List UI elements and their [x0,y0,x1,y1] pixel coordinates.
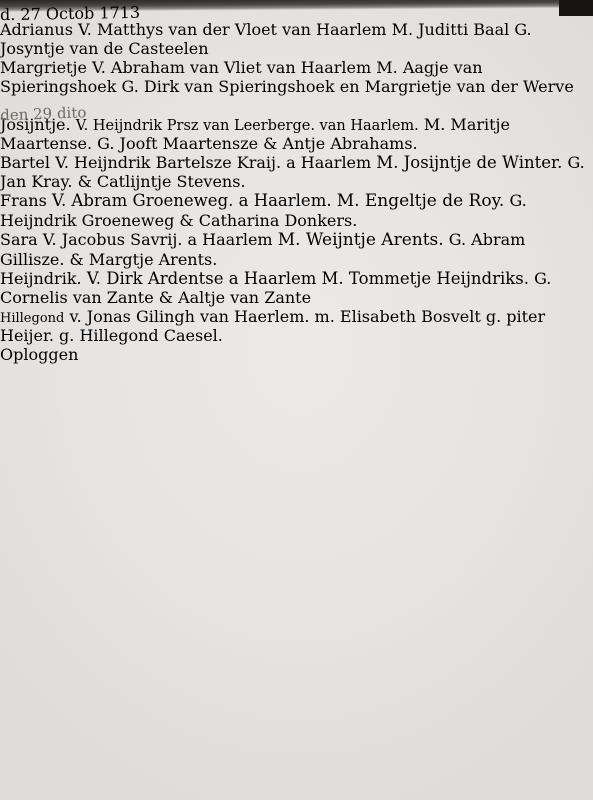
manuscript-page: d. 27 Octob 1713 Adrianus V. Matthys van… [0,0,593,800]
mother-line: M. Weijntje Arents. [278,230,444,250]
father-line: V. Heijndrik Prsz van Leerberge. van Haa… [76,118,419,134]
baptism-entry: Sara V. Jacobus Savrij. a Haarlem M. Wei… [0,230,593,269]
baptism-entry: Frans V. Abram Groeneweg. a Haarlem. M. … [0,191,593,230]
oploggen-label[interactable]: Oploggen [0,345,593,364]
father-line: V. Matthys van der Vloet van Haarlem [78,20,386,39]
father-line: V. Abraham van Vliet van Haarlem [92,58,371,77]
baptism-entry: Heijndrik. V. Dirk Ardentse a Haarlem M.… [0,269,593,307]
father-line: V. Heijndrik Bartelsze Kraij. a Haarlem [55,153,371,172]
mother-line: M. Juditti Baal [392,20,510,39]
mother-line: m. Elisabeth Bosvelt [315,307,481,326]
mother-line: M. Tommetje Heijndriks. [322,269,529,288]
mother-line: M. Engeltje de Roy. [337,191,505,211]
baptism-entry: Adrianus V. Matthys van der Vloet van Ha… [0,20,593,58]
father-line: v. Jonas Gilingh van Haerlem. [69,307,309,326]
witness-line: G. Jooft Maartensze & Antje Abrahams. [97,134,417,153]
baptism-entry: Bartel V. Heijndrik Bartelsze Kraij. a H… [0,153,593,191]
baptism-entry: Hillegond v. Jonas Gilingh van Haerlem. … [0,307,593,345]
father-line: V. Dirk Ardentse a Haarlem [87,269,317,288]
father-line: V. Abram Groeneweg. a Haarlem. [52,191,332,210]
father-line: V. Jacobus Savrij. a Haarlem [43,230,273,249]
witness-line-2: g. Hillegond Caesel. [59,326,223,345]
mother-line: M. Josijntje de Winter. [376,153,562,172]
